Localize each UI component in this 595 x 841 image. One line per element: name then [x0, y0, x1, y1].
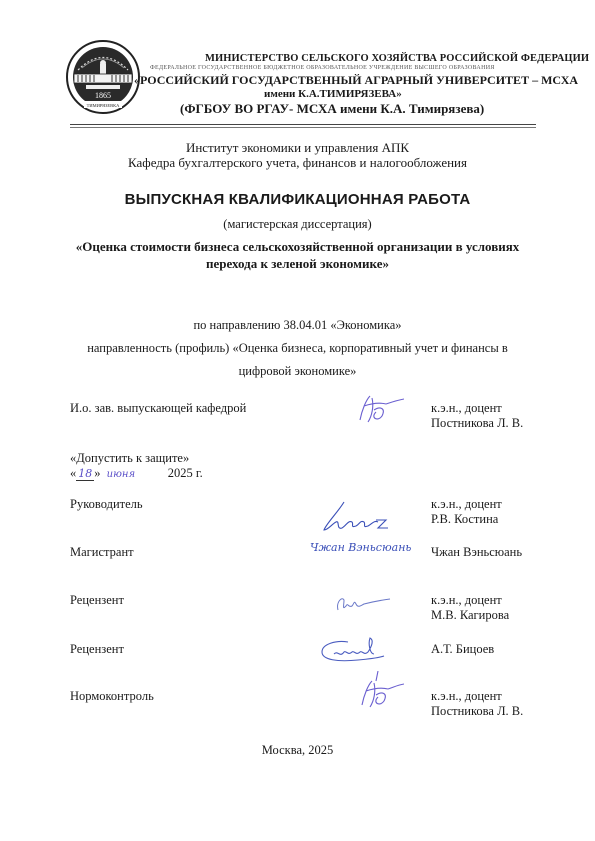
document-title: ВЫПУСКНАЯ КВАЛИФИКАЦИОННАЯ РАБОТА — [0, 191, 595, 208]
study-direction: по направлению 38.04.01 «Экономика» — [0, 318, 595, 333]
department-name: Кафедра бухгалтерского учета, финансов и… — [0, 155, 595, 171]
date-year: 2025 г. — [168, 466, 203, 480]
student-details: Чжан Вэньсюань — [431, 545, 522, 560]
norm-control-role: Нормоконтроль — [70, 689, 154, 704]
reviewer1-name: М.В. Кагирова — [431, 608, 509, 623]
university-abbreviation: (ФГБОУ ВО РГАУ- МСХА имени К.А. Тимирязе… — [180, 101, 484, 117]
university-name-line1: «РОССИЙСКИЙ ГОСУДАРСТВЕННЫЙ АГРАРНЫЙ УНИ… — [134, 73, 578, 88]
ministry-name: МИНИСТЕРСТВО СЕЛЬСКОГО ХОЗЯЙСТВА РОССИЙС… — [205, 53, 589, 64]
reviewer2-role: Рецензент — [70, 642, 124, 657]
norm-control-details: к.э.н., доцент Постникова Л. В. — [431, 689, 523, 719]
date-day: 18 — [76, 467, 94, 481]
supervisor-degree: к.э.н., доцент — [431, 497, 502, 512]
admit-date: «18» июня 2025 г. — [70, 466, 203, 481]
thesis-topic-line2: перехода к зеленой экономике» — [0, 256, 595, 272]
norm-control-name: Постникова Л. В. — [431, 704, 523, 719]
supervisor-role: Руководитель — [70, 497, 143, 512]
institution-type: ФЕДЕРАЛЬНОЕ ГОСУДАРСТВЕННОЕ БЮДЖЕТНОЕ ОБ… — [150, 65, 495, 71]
reviewer1-details: к.э.н., доцент М.В. Кагирова — [431, 593, 509, 623]
city-year: Москва, 2025 — [0, 743, 595, 758]
university-seal-icon: 1865 ТИМИРЯЗЕВКА — [66, 40, 140, 114]
thesis-topic-line1: «Оценка стоимости бизнеса сельскохозяйст… — [0, 239, 595, 255]
signature-reviewer1-icon — [332, 592, 392, 619]
head-of-department-label: И.о. зав. выпускающей кафедрой — [70, 401, 246, 416]
supervisor-name: Р.В. Костина — [431, 512, 502, 527]
document-subtitle: (магистерская диссертация) — [0, 217, 595, 232]
signature-student-icon: Чжан Вэньсюань — [310, 541, 411, 554]
reviewer1-role: Рецензент — [70, 593, 124, 608]
admit-to-defense-label: «Допустить к защите» — [70, 451, 189, 466]
head-degree: к.э.н., доцент — [431, 401, 523, 416]
signature-head-of-department-icon — [352, 392, 404, 431]
reviewer1-degree: к.э.н., доцент — [431, 593, 509, 608]
svg-text:1865: 1865 — [95, 91, 111, 100]
header-divider — [70, 124, 536, 125]
header-divider-thin — [70, 127, 536, 128]
study-profile-line1: направленность (профиль) «Оценка бизнеса… — [0, 341, 595, 356]
reviewer2-details: А.Т. Бицоев — [431, 642, 494, 657]
head-name: Постникова Л. В. — [431, 416, 523, 431]
institute-name: Институт экономики и управления АПК — [0, 140, 595, 156]
signature-supervisor-icon — [316, 500, 396, 541]
signature-reviewer2-icon — [318, 636, 390, 671]
date-quote-close: » — [94, 466, 100, 480]
signature-norm-control-icon — [352, 671, 404, 716]
university-name-line2: имени К.А.ТИМИРЯЗЕВА» — [264, 88, 402, 100]
supervisor-details: к.э.н., доцент Р.В. Костина — [431, 497, 502, 527]
norm-control-degree: к.э.н., доцент — [431, 689, 523, 704]
study-profile-line2: цифровой экономике» — [0, 364, 595, 379]
student-role: Магистрант — [70, 545, 134, 560]
head-of-department-details: к.э.н., доцент Постникова Л. В. — [431, 401, 523, 431]
reviewer2-name: А.Т. Бицоев — [431, 642, 494, 657]
date-month: июня — [107, 469, 165, 480]
svg-text:ТИМИРЯЗЕВКА: ТИМИРЯЗЕВКА — [87, 103, 120, 108]
student-name: Чжан Вэньсюань — [431, 545, 522, 560]
